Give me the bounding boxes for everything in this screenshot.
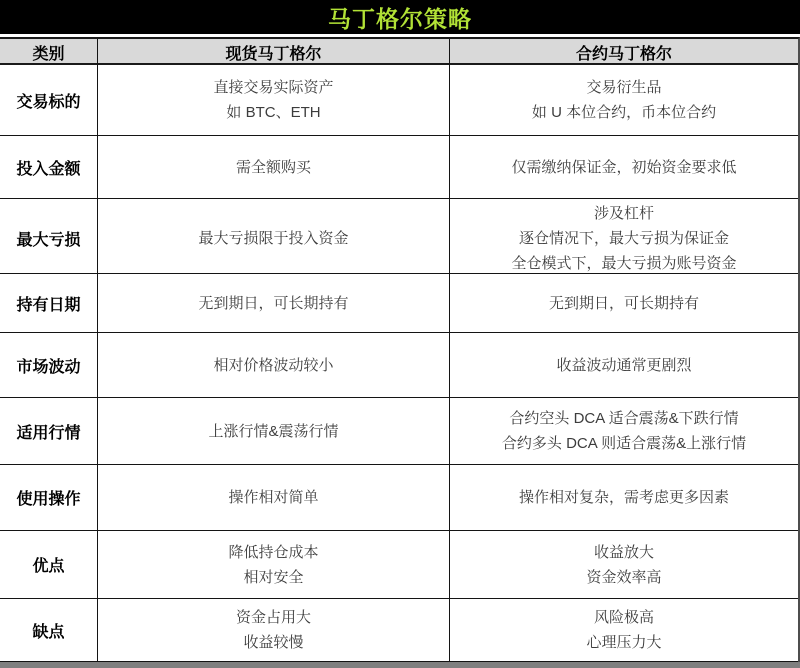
header-futures-martingale: 合约马丁格尔	[449, 39, 798, 66]
row-category: 投入金额	[0, 136, 97, 198]
cell-line: 最大亏损限于投入资金	[198, 226, 348, 251]
cell-line: 合约空头 DCA 适合震荡&下跌行情	[509, 406, 738, 431]
cell-line: 收益波动通常更剧烈	[556, 353, 691, 378]
martingale-strategy-comparison: 马丁格尔策略 类别 现货马丁格尔 合约马丁格尔 交易标的 直接交易实际资产 如 …	[0, 0, 800, 668]
cell-line: 无到期日，可长期持有	[549, 291, 699, 316]
spot-cell: 降低持仓成本 相对安全	[97, 531, 449, 598]
cell-line: 降低持仓成本	[228, 540, 318, 565]
cell-line: 如 BTC、ETH	[226, 100, 320, 125]
futures-cell: 仅需缴纳保证金，初始资金要求低	[449, 136, 798, 198]
row-category: 使用操作	[0, 465, 97, 530]
cell-line: 相对安全	[243, 565, 303, 590]
header-category: 类别	[0, 39, 97, 66]
cell-line: 心理压力大	[586, 630, 661, 655]
row-category: 市场波动	[0, 333, 97, 397]
cell-line: 仅需缴纳保证金，初始资金要求低	[511, 155, 736, 180]
bottom-edge-bar	[0, 662, 800, 668]
cell-line: 资金占用大	[236, 605, 311, 630]
cell-line: 操作相对复杂，需考虑更多因素	[519, 485, 729, 510]
futures-cell: 收益波动通常更剧烈	[449, 333, 798, 397]
spot-cell: 资金占用大 收益较慢	[97, 599, 449, 661]
spot-cell: 上涨行情&震荡行情	[97, 398, 449, 464]
cell-line: 如 U 本位合约，币本位合约	[532, 100, 716, 125]
futures-cell: 涉及杠杆 逐仓情况下，最大亏损为保证金 全仓模式下，最大亏损为账号资金	[449, 199, 798, 278]
spot-cell: 操作相对简单	[97, 465, 449, 530]
spot-cell: 相对价格波动较小	[97, 333, 449, 397]
header-spot-martingale: 现货马丁格尔	[97, 39, 449, 66]
futures-cell: 交易衍生品 如 U 本位合约，币本位合约	[449, 65, 798, 135]
spot-cell: 需全额购买	[97, 136, 449, 198]
cell-line: 合约多头 DCA 则适合震荡&上涨行情	[502, 431, 746, 456]
table-row-holding-period: 持有日期 无到期日，可长期持有 无到期日，可长期持有	[0, 274, 798, 333]
cell-line: 逐仓情况下，最大亏损为保证金	[519, 226, 729, 251]
cell-line: 需全额购买	[236, 155, 311, 180]
cell-line: 上涨行情&震荡行情	[208, 419, 338, 444]
spot-cell: 直接交易实际资产 如 BTC、ETH	[97, 65, 449, 135]
comparison-table: 类别 现货马丁格尔 合约马丁格尔 交易标的 直接交易实际资产 如 BTC、ETH…	[0, 37, 800, 662]
cell-line: 收益较慢	[243, 630, 303, 655]
row-category: 持有日期	[0, 274, 97, 332]
table-row-advantages: 优点 降低持仓成本 相对安全 收益放大 资金效率高	[0, 531, 798, 599]
cell-line: 无到期日，可长期持有	[198, 291, 348, 316]
row-category: 交易标的	[0, 65, 97, 135]
table-header-row: 类别 现货马丁格尔 合约马丁格尔	[0, 39, 798, 65]
table-row-max-loss: 最大亏损 最大亏损限于投入资金 涉及杠杆 逐仓情况下，最大亏损为保证金 全仓模式…	[0, 199, 798, 274]
row-category: 最大亏损	[0, 199, 97, 278]
table-row-trading-target: 交易标的 直接交易实际资产 如 BTC、ETH 交易衍生品 如 U 本位合约，币…	[0, 65, 798, 136]
table-row-suitable-market: 适用行情 上涨行情&震荡行情 合约空头 DCA 适合震荡&下跌行情 合约多头 D…	[0, 398, 798, 465]
cell-line: 资金效率高	[586, 565, 661, 590]
table-row-disadvantages: 缺点 资金占用大 收益较慢 风险极高 心理压力大	[0, 599, 798, 662]
spot-cell: 无到期日，可长期持有	[97, 274, 449, 332]
cell-line: 交易衍生品	[586, 75, 661, 100]
cell-line: 收益放大	[594, 540, 654, 565]
table-row-usage-operation: 使用操作 操作相对简单 操作相对复杂，需考虑更多因素	[0, 465, 798, 531]
futures-cell: 无到期日，可长期持有	[449, 274, 798, 332]
futures-cell: 收益放大 资金效率高	[449, 531, 798, 598]
table-row-market-volatility: 市场波动 相对价格波动较小 收益波动通常更剧烈	[0, 333, 798, 398]
page-title: 马丁格尔策略	[328, 1, 472, 34]
row-category: 适用行情	[0, 398, 97, 464]
cell-line: 操作相对简单	[228, 485, 318, 510]
cell-line: 直接交易实际资产	[213, 75, 333, 100]
table-row-investment-amount: 投入金额 需全额购买 仅需缴纳保证金，初始资金要求低	[0, 136, 798, 199]
cell-line: 全仓模式下，最大亏损为账号资金	[511, 251, 736, 276]
row-category: 缺点	[0, 599, 97, 661]
futures-cell: 操作相对复杂，需考虑更多因素	[449, 465, 798, 530]
cell-line: 风险极高	[594, 605, 654, 630]
row-category: 优点	[0, 531, 97, 598]
title-bar: 马丁格尔策略	[0, 0, 800, 34]
cell-line: 相对价格波动较小	[213, 353, 333, 378]
futures-cell: 风险极高 心理压力大	[449, 599, 798, 661]
futures-cell: 合约空头 DCA 适合震荡&下跌行情 合约多头 DCA 则适合震荡&上涨行情	[449, 398, 798, 464]
cell-line: 涉及杠杆	[594, 201, 654, 226]
spot-cell: 最大亏损限于投入资金	[97, 199, 449, 278]
